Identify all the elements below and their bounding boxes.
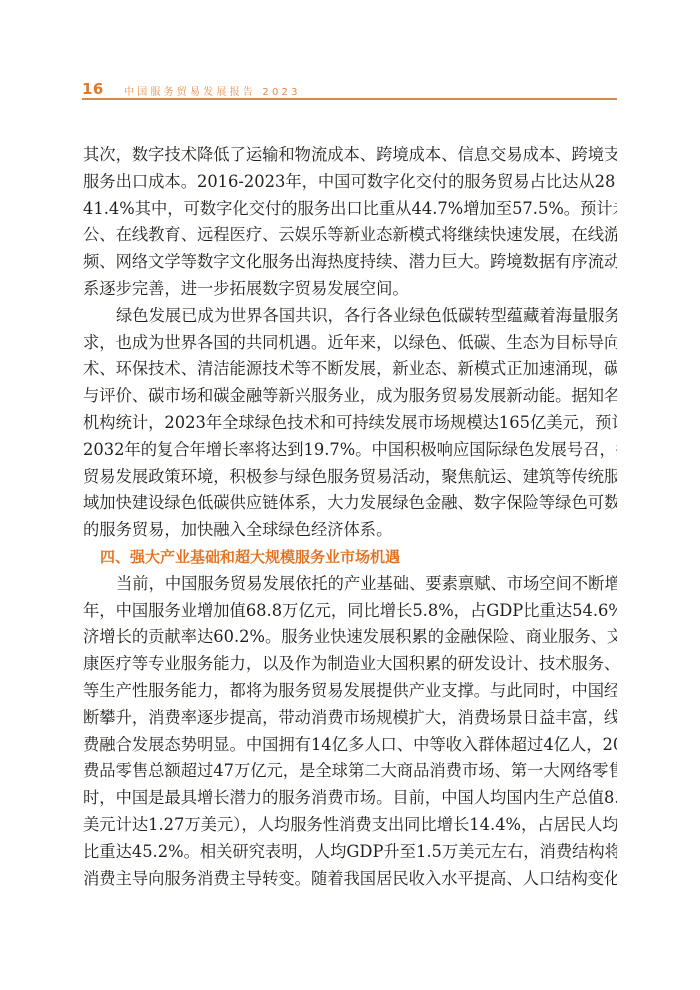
- paragraph-digital-trade: 其次，数字技术降低了运输和物流成本、跨境成本、信息交易成本、跨境支付成本等 服务…: [83, 142, 617, 303]
- text-line: 与评价、碳市场和碳金融等新兴服务业，成为服务贸易发展新动能。据知名市场研究: [83, 383, 617, 410]
- text-line: 费品零售总额超过47万亿元，是全球第二大商品消费市场、第一大网络零售市场。同: [83, 758, 617, 785]
- running-title: 中国服务贸易发展报告 2023: [124, 83, 301, 98]
- text-line: 41.4%其中，可数字化交付的服务出口比重从44.7%增加至57.5%。预计未来…: [83, 196, 617, 223]
- text-line: 求，也成为世界各国的共同机遇。近年来，以绿色、低碳、生态为目标导向，低碳技: [83, 330, 617, 357]
- paragraph-industrial-base: 当前，中国服务贸易发展依托的产业基础、要素禀赋、市场空间不断增强。2023 年，…: [83, 571, 617, 893]
- text-line: 术、环保技术、清洁能源技术等不断发展，新业态、新模式正加速涌现，碳排放认证: [83, 356, 617, 383]
- text-line: 当前，中国服务贸易发展依托的产业基础、要素禀赋、市场空间不断增强。2023: [83, 571, 617, 598]
- text-line: 康医疗等专业服务能力，以及作为制造业大国积累的研发设计、技术服务、检验检测: [83, 651, 617, 678]
- text-line: 断攀升，消费率逐步提高，带动消费市场规模扩大，消费场景日益丰富，线上线下消: [83, 705, 617, 732]
- text-line: 美元计达1.27万美元），人均服务性消费支出同比增长14.4%，占居民人均消费支…: [83, 812, 617, 839]
- text-line: 服务出口成本。2016-2023年，中国可数字化交付的服务贸易占比达从28.8%…: [83, 169, 617, 196]
- text-line: 机构统计，2023年全球绿色技术和可持续发展市场规模达165亿美元，预计2024…: [83, 410, 617, 437]
- text-line: 济增长的贡献率达60.2%。服务业快速发展积累的金融保险、商业服务、文化体育、健: [83, 624, 617, 651]
- text-line: 其次，数字技术降低了运输和物流成本、跨境成本、信息交易成本、跨境支付成本等: [83, 142, 617, 169]
- body-text: 其次，数字技术降低了运输和物流成本、跨境成本、信息交易成本、跨境支付成本等 服务…: [83, 142, 617, 892]
- text-line: 2032年的复合年增长率将达到19.7%。中国积极响应国际绿色发展号召，持续优化…: [83, 437, 617, 464]
- text-line: 年，中国服务业增加值68.8万亿元，同比增长5.8%，占GDP比重达54.6%，…: [83, 598, 617, 625]
- page-number: 16: [82, 80, 104, 98]
- text-line: 域加快建设绿色低碳供应链体系，大力发展绿色金融、数字保险等绿色可数字化交付: [83, 490, 617, 517]
- header-divider: [82, 98, 617, 100]
- text-line: 费融合发展态势明显。中国拥有14亿多人口、中等收入群体超过4亿人，2023年社会…: [83, 732, 617, 759]
- text-line: 的服务贸易，加快融入全球绿色经济体系。: [83, 517, 617, 544]
- text-line: 贸易发展政策环境，积极参与绿色服务贸易活动，聚焦航运、建筑等传统服务贸易领: [83, 464, 617, 491]
- text-line: 比重达45.2%。相关研究表明，人均GDP升至1.5万美元左右，消费结构将加快从…: [83, 839, 617, 866]
- section-heading: 四、强大产业基础和超大规模服务业市场机遇: [83, 544, 617, 571]
- text-line: 消费主导向服务消费主导转变。随着我国居民收入水平提高、人口结构变化和社会需: [83, 866, 617, 893]
- text-line: 绿色发展已成为世界各国共识，各行各业绿色低碳转型蕴藏着海量服务进出口需: [83, 303, 617, 330]
- text-line: 等生产性服务能力，都将为服务贸易发展提供产业支撑。与此同时，中国经济总量不: [83, 678, 617, 705]
- text-line: 频、网络文学等数字文化服务出海热度持续、潜力巨大。跨境数据有序流动的治理体: [83, 249, 617, 276]
- text-line: 系逐步完善，进一步拓展数字贸易发展空间。: [83, 276, 617, 303]
- text-line: 时，中国是最具增长潜力的服务消费市场。目前，中国人均国内生产总值8.9万元（以: [83, 785, 617, 812]
- paragraph-green-development: 绿色发展已成为世界各国共识，各行各业绿色低碳转型蕴藏着海量服务进出口需 求，也成…: [83, 303, 617, 544]
- text-line: 公、在线教育、远程医疗、云娱乐等新业态新模式将继续快速发展，在线游戏、短视: [83, 222, 617, 249]
